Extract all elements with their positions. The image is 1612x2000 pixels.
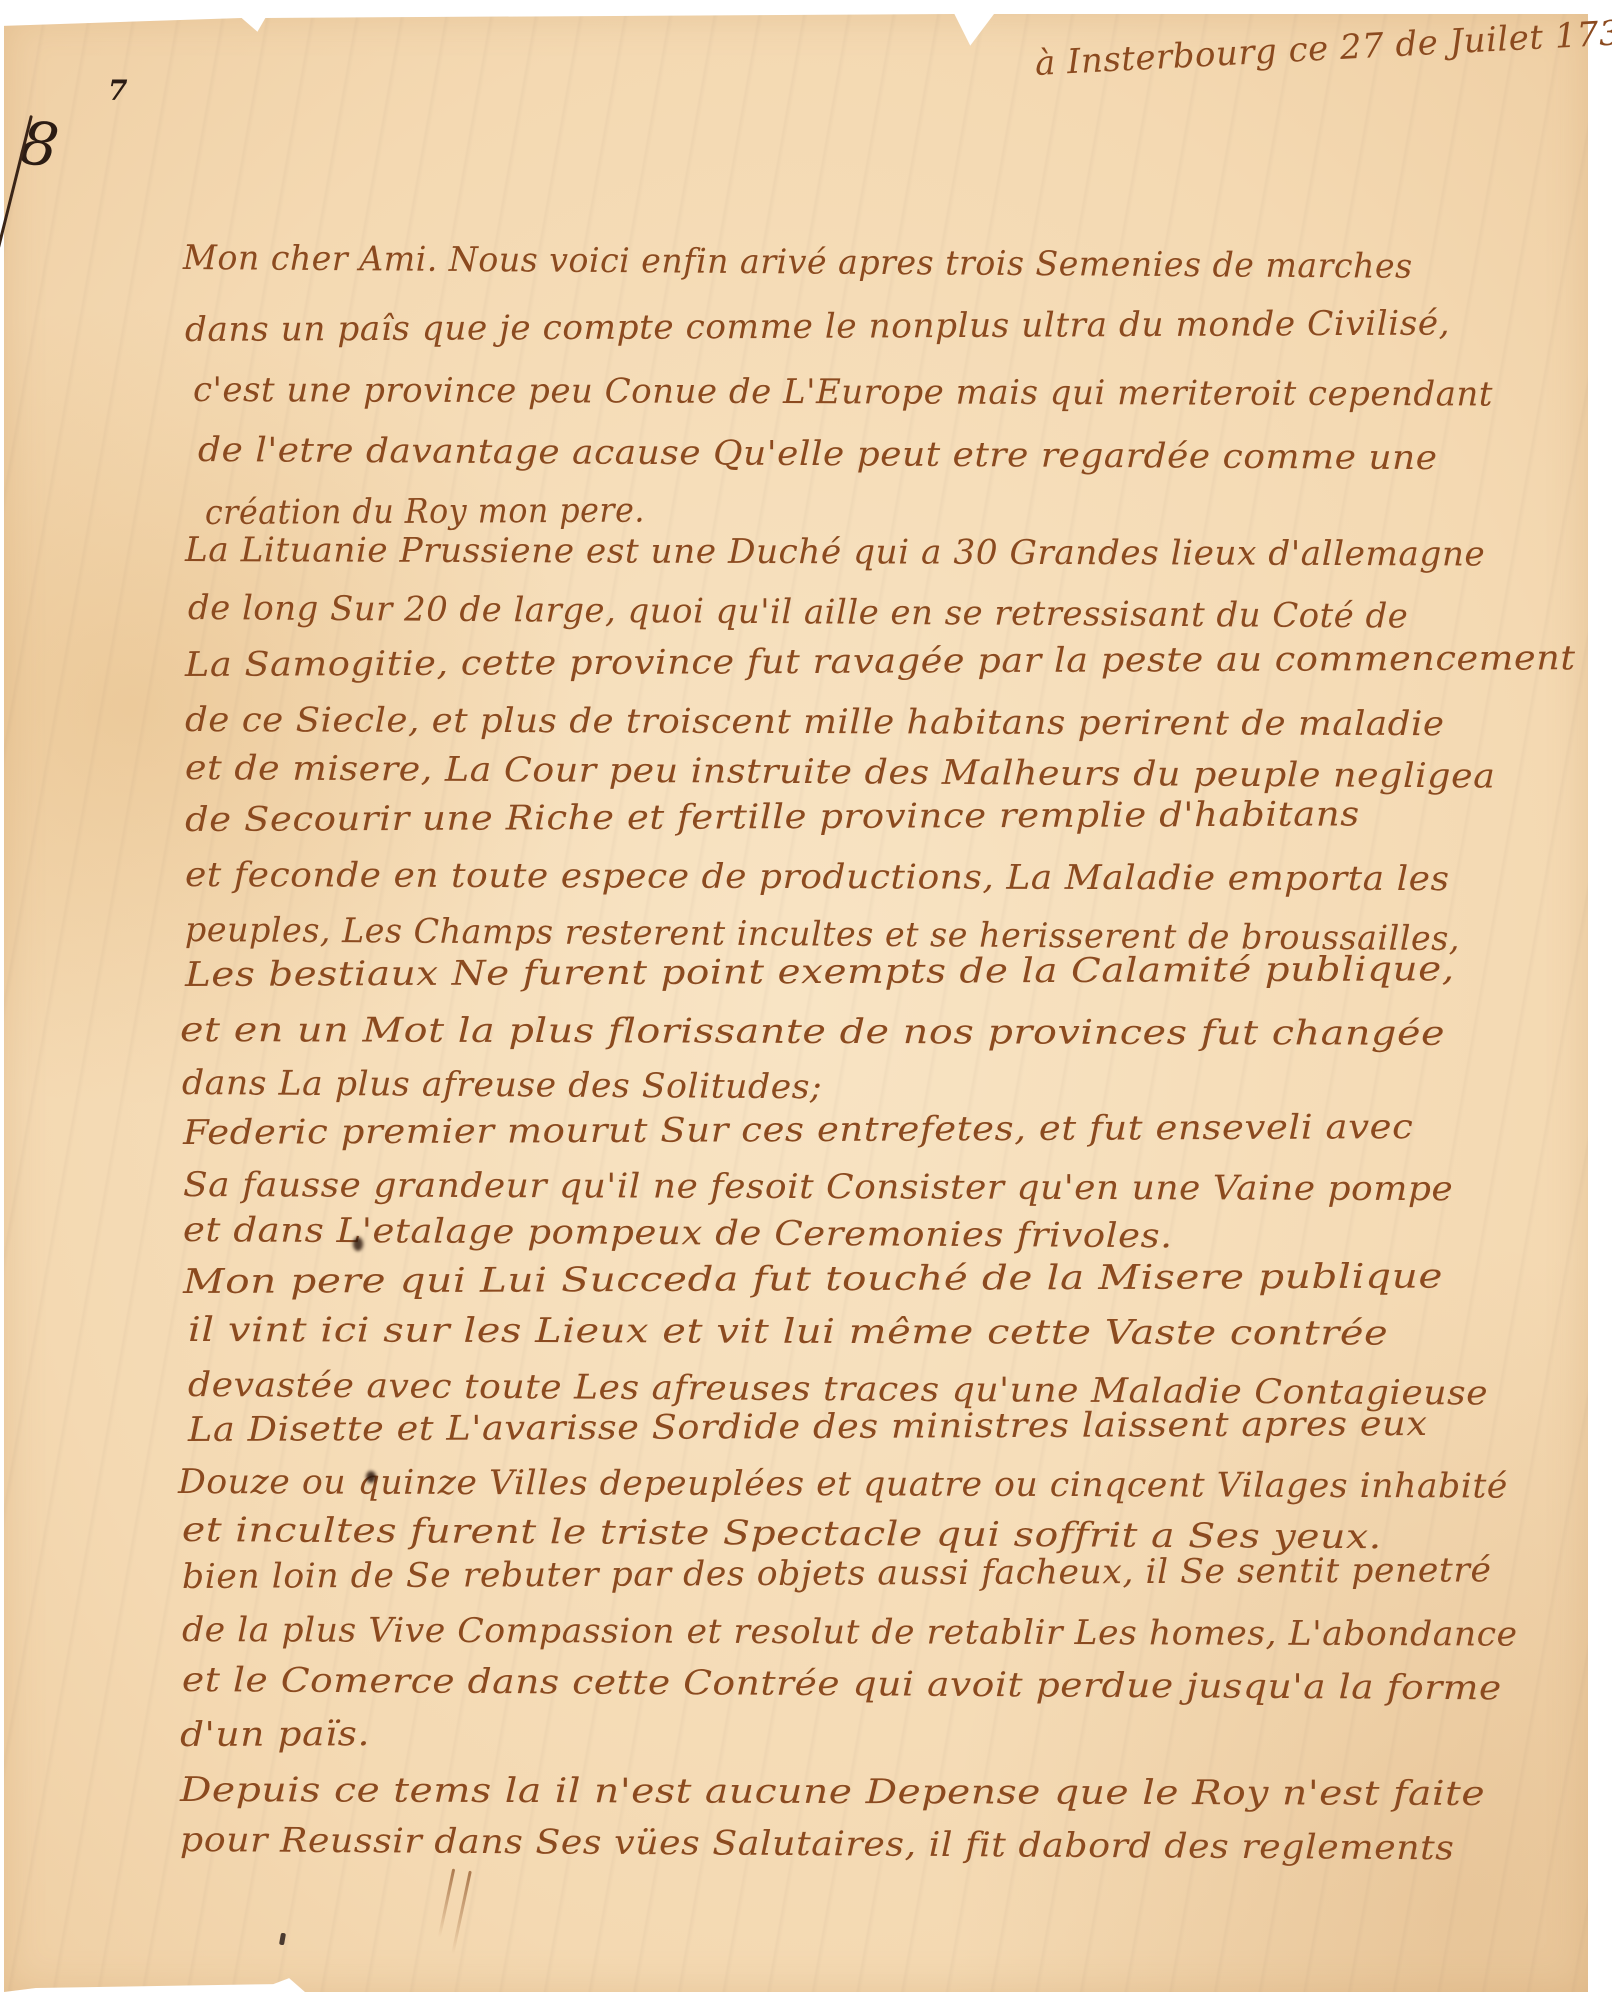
letter-line: et en un Mot la plus florissante de nos … xyxy=(180,1010,1445,1054)
letter-line: Mon pere qui Lui Succeda fut touché de l… xyxy=(183,1256,1443,1302)
letter-line: pour Reussir dans Ses vües Salutaires, i… xyxy=(180,1820,1455,1868)
letter-line: et feconde en toute espece de production… xyxy=(185,855,1450,899)
letter-line: il vint ici sur les Lieux et vit lui mêm… xyxy=(188,1310,1388,1354)
letter-line: dans La plus afreuse des Solitudes; xyxy=(182,1063,822,1107)
folio-number: 7 xyxy=(108,74,127,107)
letter-line: et le Comerce dans cette Contrée qui avo… xyxy=(182,1660,1502,1708)
letter-line: Douze ou quinze Villes depeuplées et qua… xyxy=(178,1462,1508,1507)
letter-line: création du Roy mon pere. xyxy=(205,491,645,533)
ink-blot xyxy=(366,1471,376,1483)
letter-line: Federic premier mourut Sur ces entrefete… xyxy=(183,1107,1414,1153)
letter-line: La Disette et L'avarisse Sordide des min… xyxy=(188,1404,1428,1450)
letter-line: Depuis ce tems la il n'est aucune Depens… xyxy=(180,1770,1485,1814)
letter-line: dans un paîs que je compte comme le nonp… xyxy=(185,303,1450,350)
letter-line: et dans L'etalage pompeux de Ceremonies … xyxy=(183,1210,1173,1256)
letter-line: La Samogitie, cette province fut ravagée… xyxy=(185,638,1576,685)
letter-line: c'est une province peu Conue de L'Europe… xyxy=(193,370,1493,415)
letter-line: de la plus Vive Compassion et resolut de… xyxy=(182,1610,1518,1655)
letter-line: bien loin de Se rebuter par des objets a… xyxy=(182,1550,1492,1597)
letter-line: Sa fausse grandeur qu'il ne fesoit Consi… xyxy=(183,1165,1453,1209)
letter-line: de l'etre davantage acause Qu'elle peut … xyxy=(198,430,1438,478)
letter-line: La Lituanie Prussiene est une Duché qui … xyxy=(185,530,1485,574)
letter-line: de long Sur 20 de large, quoi qu'il aill… xyxy=(188,588,1409,637)
letter-line: Les bestiaux Ne furent point exempts de … xyxy=(185,949,1455,995)
letter-line: et de misere, La Cour peu instruite des … xyxy=(185,748,1496,797)
letter-line: et incultes furent le triste Spectacle q… xyxy=(182,1510,1382,1557)
ink-blot xyxy=(353,1237,363,1251)
letter-line: de ce Siecle, et plus de troiscent mille… xyxy=(185,700,1445,744)
letter-line: de Secourir une Riche et fertille provin… xyxy=(185,794,1360,840)
letter-line: d'un païs. xyxy=(180,1714,370,1755)
